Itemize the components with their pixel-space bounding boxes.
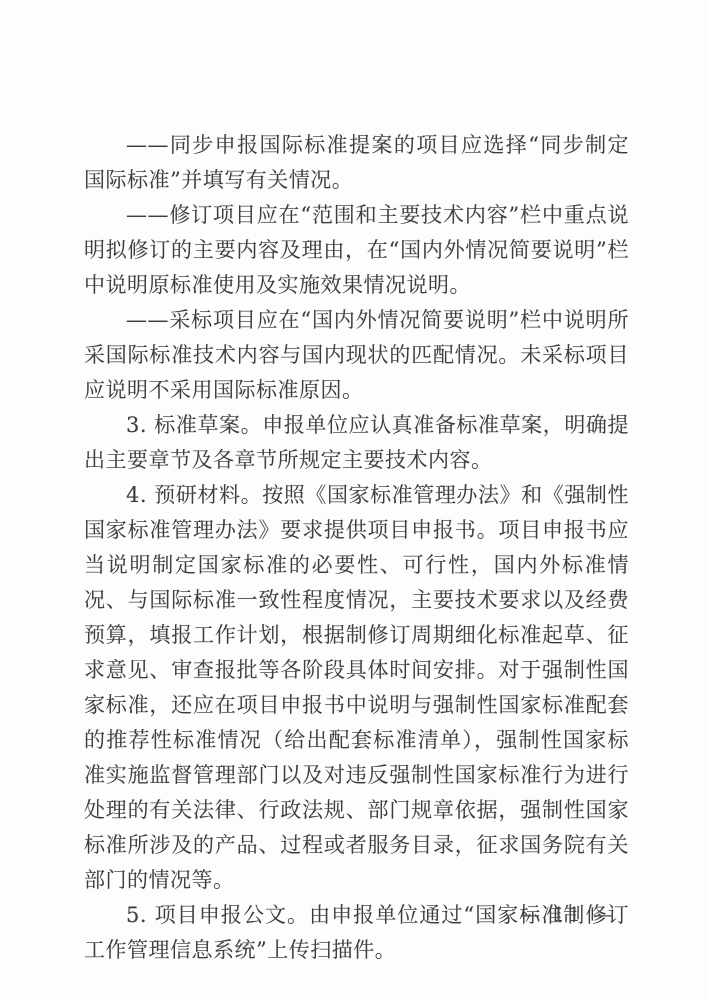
page-number: — 11 — [520,902,616,926]
document-body: ——同步申报国际标准提案的项目应选择“同步制定国际标准”并填写有关情况。——修订… [84,128,629,968]
paragraph-numbered-item: 4. 预研材料。按照《国家标准管理办法》和《强制性国家标准管理办法》要求提供项目… [84,478,629,898]
paragraph-dash-item: ——采标项目应在“国内外情况简要说明”栏中说明所采国际标准技术内容与国内现状的匹… [84,303,629,408]
paragraph-numbered-item: 3. 标准草案。申报单位应认真准备标准草案，明确提出主要章节及各章节所规定主要技… [84,408,629,478]
paragraph-dash-item: ——修订项目应在“范围和主要技术内容”栏中重点说明拟修订的主要内容及理由，在“国… [84,198,629,303]
document-page: ——同步申报国际标准提案的项目应选择“同步制定国际标准”并填写有关情况。——修订… [0,0,708,1000]
paragraph-dash-item: ——同步申报国际标准提案的项目应选择“同步制定国际标准”并填写有关情况。 [84,128,629,198]
